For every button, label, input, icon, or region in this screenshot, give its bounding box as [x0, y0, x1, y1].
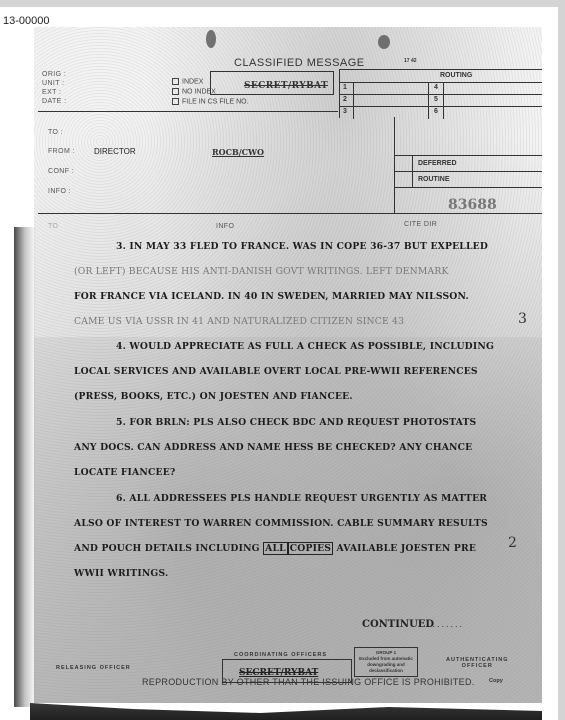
- copy-label: Copy: [489, 678, 503, 684]
- ext-label: EXT :: [42, 89, 61, 96]
- from-value: DIRECTOR: [94, 147, 136, 156]
- continued-dots: ........: [428, 619, 464, 629]
- scan-bottom-edge: [30, 701, 542, 720]
- body-line: WWII WRITINGS.: [74, 568, 534, 579]
- body-line: 4. WOULD APPRECIATE AS FULL A CHECK AS P…: [116, 341, 542, 352]
- body-line: ANY DOCS. CAN ADDRESS AND NAME HESS BE C…: [74, 442, 534, 453]
- coordinating-officers-label: COORDINATING OFFICERS: [234, 652, 327, 658]
- priority-rule: [394, 155, 542, 156]
- priority-routine: ROUTINE: [418, 176, 450, 183]
- releasing-officer-label: RELEASING OFFICER: [56, 665, 131, 671]
- from-label: FROM :: [48, 148, 75, 155]
- index-checkbox: INDEX: [172, 78, 203, 85]
- body-line: ALSO OF INTEREST TO WARREN COMMISSION. C…: [74, 518, 534, 529]
- priority-deferred: DEFERRED: [418, 160, 457, 167]
- body-line: (PRESS, BOOKS, ETC.) ON JOESTEN AND FIAN…: [74, 391, 534, 402]
- no-index-checkbox: NO INDEX: [172, 88, 216, 95]
- ink-smudge: [206, 30, 216, 48]
- priority-rule: [394, 171, 542, 172]
- body-line: 5. FOR BRLN: PLS ALSO CHECK BDC AND REQU…: [116, 417, 542, 428]
- to-footer-label: TO: [48, 223, 58, 230]
- body-line: CAME US VIA USSR IN 41 AND NATURALIZED C…: [74, 316, 534, 327]
- reproduction-notice: REPRODUCTION BY OTHER THAN THE ISSUING O…: [142, 677, 475, 687]
- file-in-cs-checkbox: FILE IN CS FILE NO.: [172, 98, 249, 105]
- ink-smudge: [378, 35, 390, 49]
- from-office-code: ROCB/CWO: [212, 147, 264, 157]
- info-label: INFO :: [48, 188, 71, 195]
- scanned-page: CLASSIFIED MESSAGE SECRET/RYBAT ORIG : U…: [34, 27, 542, 703]
- body-line: 6. ALL ADDRESSEES PLS HANDLE REQUEST URG…: [116, 493, 542, 504]
- cite-label: CITE DIR: [404, 221, 437, 228]
- handwritten-mark: 3: [518, 311, 527, 327]
- document-id: 13-00000: [3, 15, 50, 27]
- routing-table: ROUTING 1 4 2 5 3 6: [339, 69, 542, 118]
- classification-stamp: SECRET/RYBAT: [244, 81, 328, 91]
- continued-label: CONTINUED: [362, 619, 434, 630]
- info-footer-label: INFO: [216, 223, 234, 230]
- priority-rule: [394, 187, 542, 188]
- body-line: LOCAL SERVICES AND AVAILABLE OVERT LOCAL…: [74, 366, 534, 377]
- routing-title: ROUTING: [440, 72, 472, 79]
- group-1-box: GROUP 1 Excluded from automatic downgrad…: [354, 647, 418, 677]
- routing-time: 17 42: [404, 58, 417, 64]
- address-rule: [38, 213, 542, 214]
- routing-row: 3 6: [340, 106, 542, 119]
- boxed-word: COPIES: [288, 542, 333, 555]
- body-line: AND POUCH DETAILS INCLUDING ALLCOPIES AV…: [74, 543, 534, 554]
- body-line: FOR FRANCE VIA ICELAND. IN 40 IN SWEDEN,…: [74, 291, 534, 302]
- body-line: (OR LEFT) BECAUSE HIS ANTI-DANISH GOVT W…: [74, 266, 534, 277]
- conf-label: CONF :: [48, 168, 74, 175]
- cite-number: 83688: [448, 197, 497, 213]
- orig-label: ORIG :: [42, 71, 66, 78]
- unit-label: UNIT :: [42, 80, 65, 87]
- boxed-word: ALL: [263, 542, 288, 555]
- header-rule: [38, 111, 338, 112]
- document-viewer: 13-00000 CLASSIFIED MESSAGE SECRET/RYBAT…: [0, 7, 558, 720]
- form-title: CLASSIFIED MESSAGE: [234, 57, 365, 69]
- priority-divider: [412, 155, 413, 187]
- date-label: DATE :: [42, 98, 66, 105]
- scan-edge-shadow: [14, 227, 36, 707]
- authenticating-officer-label: AUTHENTICATING OFFICER: [446, 657, 508, 669]
- handwritten-mark: 2: [508, 535, 517, 551]
- body-line: 3. IN MAY 33 FLED TO FRANCE. WAS IN COPE…: [116, 241, 542, 252]
- to-label: TO :: [48, 129, 63, 136]
- priority-divider: [394, 117, 395, 213]
- body-line: LOCATE FIANCEE?: [74, 467, 534, 478]
